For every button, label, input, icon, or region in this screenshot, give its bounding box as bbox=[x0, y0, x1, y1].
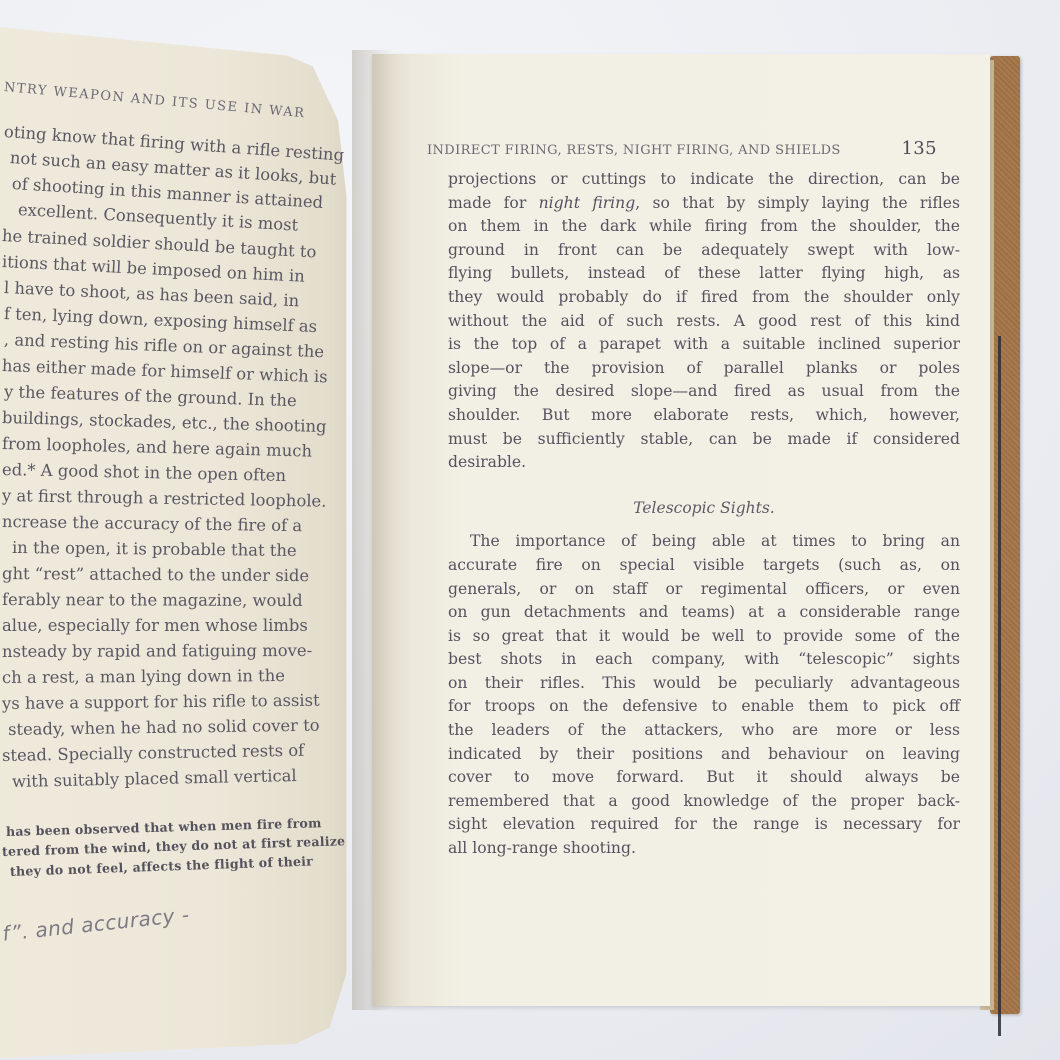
text-line: ght “rest” attached to the under side bbox=[2, 564, 309, 585]
text-line: ch a rest, a man lying down in the bbox=[2, 666, 285, 687]
text-line: accurate fire on special visible targets… bbox=[448, 554, 960, 578]
paragraph-night-firing: projections or cuttings to indicate the … bbox=[448, 168, 960, 475]
text-line: made for night firing, so that by simply… bbox=[448, 192, 960, 216]
text-line: without the aid of such rests. A good re… bbox=[448, 310, 960, 334]
text-line: is the top of a parapet with a suitable … bbox=[448, 333, 960, 357]
text-line: cover to move forward. But it should alw… bbox=[448, 766, 960, 790]
text-line: desirable. bbox=[448, 451, 960, 475]
text-line: sight elevation required for the range i… bbox=[448, 813, 960, 837]
text-line: ferably near to the magazine, would bbox=[2, 590, 303, 610]
section-heading-telescopic-sights: Telescopic Sights. bbox=[448, 497, 960, 521]
text-line: must be sufficiently stable, can be made… bbox=[448, 428, 960, 452]
text-line: projections or cuttings to indicate the … bbox=[448, 168, 960, 192]
book-cover-edge bbox=[990, 56, 1020, 1014]
text-line: for troops on the defensive to enable th… bbox=[448, 695, 960, 719]
text-line: shoulder. But more elaborate rests, whic… bbox=[448, 404, 960, 428]
text-line: nsteady by rapid and fatiguing move- bbox=[2, 641, 312, 661]
paragraph-telescopic-sights: The importance of being able at times to… bbox=[448, 530, 960, 860]
text-line: they would probably do if fired from the… bbox=[448, 286, 960, 310]
italic-night-firing: night firing bbox=[539, 194, 636, 212]
right-body-text: projections or cuttings to indicate the … bbox=[448, 168, 960, 861]
text-line: The importance of being able at times to… bbox=[448, 530, 960, 554]
text-line: best shots in each company, with “telesc… bbox=[448, 648, 960, 672]
gutter-shadow bbox=[352, 50, 392, 1010]
text-line: giving the desired slope—and fired as us… bbox=[448, 380, 960, 404]
text-line: on their rifles. This would be peculiarl… bbox=[448, 672, 960, 696]
page-number: 135 bbox=[901, 138, 937, 159]
text-line: is so great that it would be well to pro… bbox=[448, 625, 960, 649]
text-line: indicated by their positions and behavio… bbox=[448, 743, 960, 767]
right-running-head: Indirect firing, rests, night firing, an… bbox=[427, 138, 937, 159]
text-line: alue, especially for men whose limbs bbox=[2, 616, 308, 635]
cover-spine-line bbox=[998, 336, 1001, 1036]
right-page: Indirect firing, rests, night firing, an… bbox=[372, 54, 990, 1006]
book-photo: Indirect firing, rests, night firing, an… bbox=[0, 0, 1060, 1060]
text-fragment: made for bbox=[448, 194, 539, 212]
text-fragment: , so that by simply laying the rifles bbox=[635, 194, 960, 212]
text-line: on them in the dark while firing from th… bbox=[448, 215, 960, 239]
text-line: ys have a support for his rifle to assis… bbox=[2, 691, 320, 713]
text-line: in the open, it is probable that the bbox=[12, 538, 297, 560]
text-line: ground in front can be adequately swept … bbox=[448, 239, 960, 263]
text-line: flying bullets, instead of these latter … bbox=[448, 262, 960, 286]
text-line: slope—or the provision of parallel plank… bbox=[448, 357, 960, 381]
text-line: on gun detachments and teams) at a consi… bbox=[448, 601, 960, 625]
text-line: the leaders of the attackers, who are mo… bbox=[448, 719, 960, 743]
running-head-title: Indirect firing, rests, night firing, an… bbox=[427, 143, 841, 158]
text-line: remembered that a good knowledge of the … bbox=[448, 790, 960, 814]
text-line: generals, or on staff or regimental offi… bbox=[448, 578, 960, 602]
text-line: all long-range shooting. bbox=[448, 837, 960, 861]
